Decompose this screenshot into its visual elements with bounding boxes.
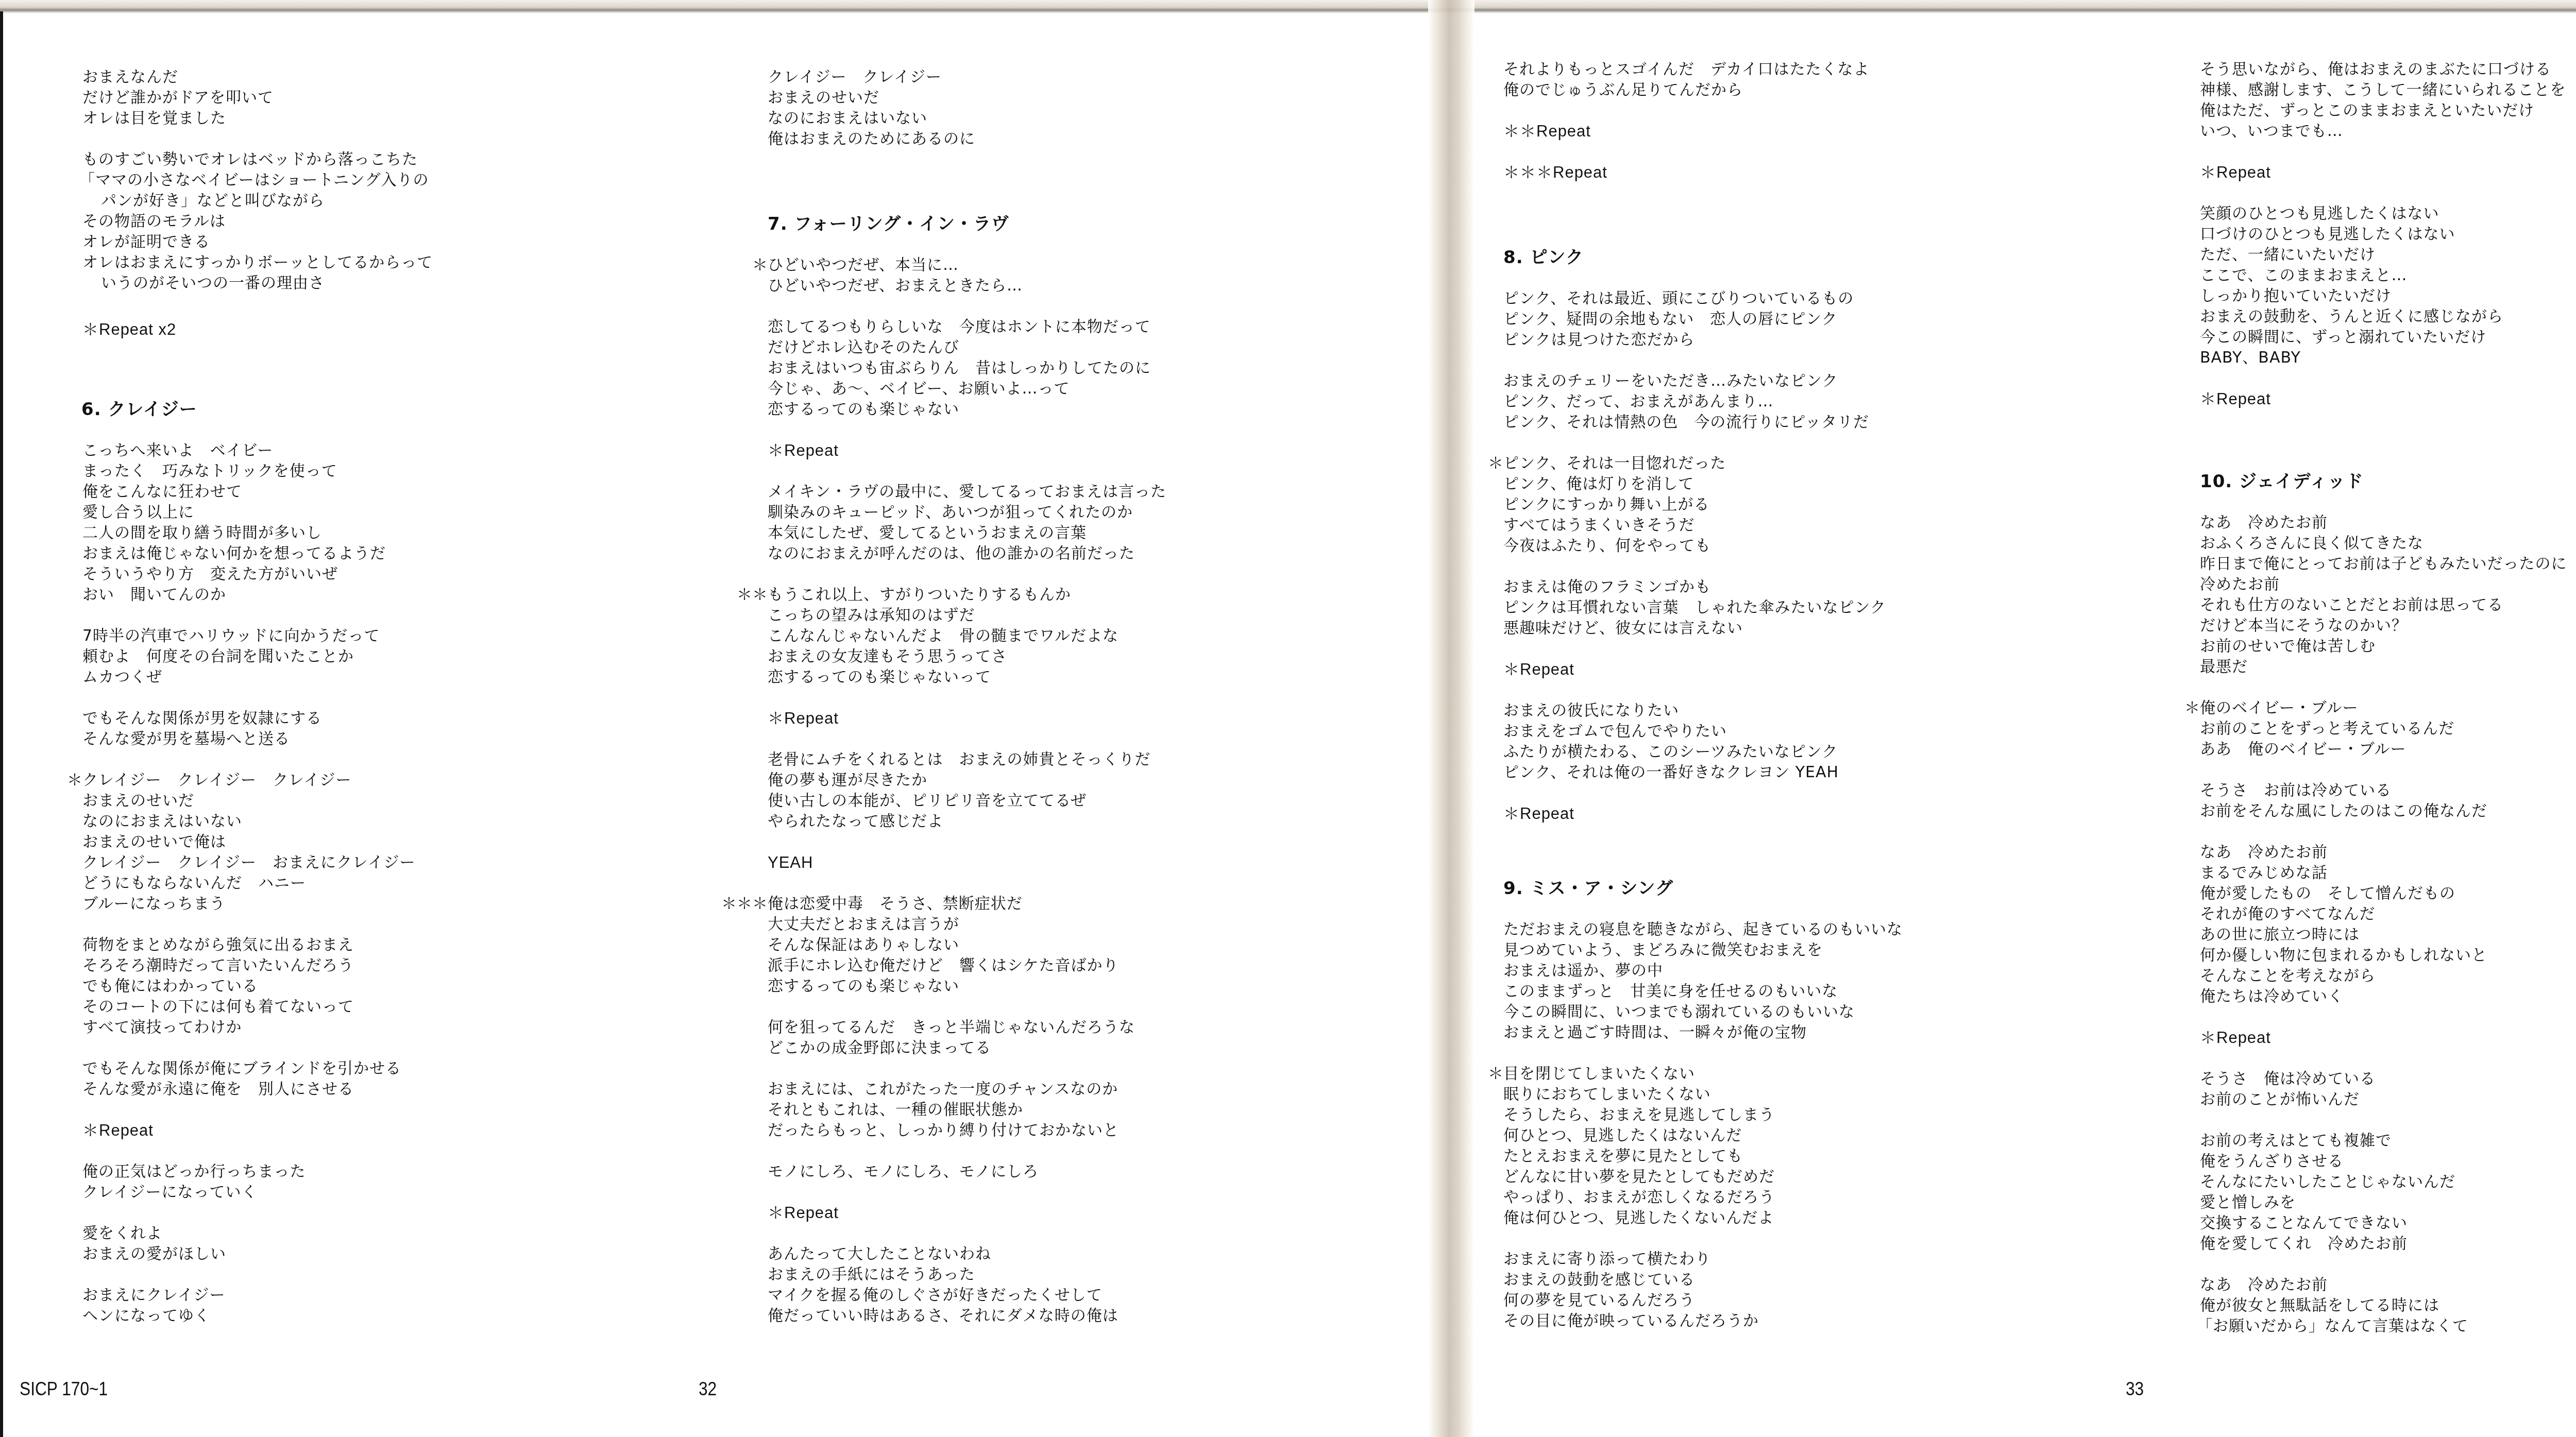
song-title: 8. ピンク xyxy=(1503,247,1584,268)
lyric-line: 「お願いだから」なんて言葉はなくて xyxy=(2197,1316,2468,1337)
lyric-line: 今夜はふたり、何をやっても xyxy=(1503,536,1711,556)
chorus-marker: ＊ xyxy=(1488,453,1503,474)
lyric-line: 俺が愛したもの そして憎んだもの xyxy=(2200,883,2455,904)
lyric-line: 眠りにおちてしまいたくない xyxy=(1503,1084,1711,1105)
lyric-line: おまえの鼓動を感じている xyxy=(1503,1270,1695,1290)
catalog-number-left: SICP 170~1 xyxy=(20,1378,108,1400)
repeat-instruction: ＊＊＊Repeat xyxy=(1503,162,1607,183)
lyric-line: そう思いながら、俺はおまえのまぶたに口づける xyxy=(2200,59,2551,80)
lyric-line: 何か優しい物に包まれるかもしれないと xyxy=(2200,945,2487,966)
page-number-33: 33 xyxy=(2126,1378,2144,1400)
lyric-line: 俺のでじゅうぶん足りてんだから xyxy=(1503,80,1743,100)
lyric-line: ピンク、それは情熱の色 今の流行りにピッタリだ xyxy=(1503,412,1869,433)
lyric-line: それが俺のすべてなんだ xyxy=(2200,904,2375,925)
lyric-line: 俺は何ひとつ、見逃したくないんだよ xyxy=(1503,1208,1774,1228)
lyric-line: お前のことが怖いんだ xyxy=(2200,1089,2360,1110)
lyric-line: ここで、このままおまえと… xyxy=(2200,265,2407,286)
song-title: 9. ミス・ア・シング xyxy=(1503,878,1673,899)
lyric-line: 俺を愛してくれ 冷めたお前 xyxy=(2200,1234,2408,1254)
chorus-marker: ＊ xyxy=(2184,698,2200,718)
lyric-line: 俺をうんざりさせる xyxy=(2200,1151,2344,1172)
lyric-line: 神様、感謝します、こうして一緒にいられることを xyxy=(2200,80,2566,100)
lyric-line: だけど本当にそうなのかい？ xyxy=(2200,615,2408,636)
lyric-line: 何ひとつ、見逃したくはないんだ xyxy=(1503,1125,1742,1146)
repeat-instruction: ＊Repeat xyxy=(1503,659,1574,680)
lyric-line: 俺が彼女と無駄話をしてる時には xyxy=(2200,1295,2439,1316)
lyric-line: そんなことを考えながら xyxy=(2200,966,2376,986)
lyric-line: そんなにたいしたことじゃないんだ xyxy=(2200,1172,2455,1192)
lyric-line: 口づけのひとつも見逃したくはない xyxy=(2200,224,2455,245)
lyric-line: 目を閉じてしまいたくない xyxy=(1503,1064,1695,1084)
lyric-line: おまえの鼓動を、うんと近くに感じながら xyxy=(2200,306,2503,327)
lyric-line: そうさ お前は冷めている xyxy=(2200,780,2392,801)
lyric-line: どんなに甘い夢を見たとしてもだめだ xyxy=(1503,1167,1775,1187)
chorus-marker: ＊ xyxy=(1488,1064,1503,1084)
lyric-line: ピンクは耳慣れない言葉 しゃれた傘みたいなピンク xyxy=(1503,597,1886,618)
lyric-line: その目に俺が映っているんだろうか xyxy=(1503,1311,1759,1331)
lyric-line: ピンクにすっかり舞い上がる xyxy=(1503,494,1710,515)
lyric-line: いつ、いつまでも… xyxy=(2200,121,2343,142)
lyric-line: そうしたら、おまえを見逃してしまう xyxy=(1503,1105,1775,1125)
lyric-line: お前の考えはとても複雑で xyxy=(2200,1131,2392,1151)
repeat-instruction: ＊Repeat xyxy=(2200,162,2271,183)
lyric-line: 俺たちは冷めていく xyxy=(2200,986,2344,1007)
lyric-line: なあ 冷めたお前 xyxy=(2200,1275,2328,1295)
lyric-line: おまえに寄り添って横たわり xyxy=(1503,1249,1711,1270)
booklet-page-33: それよりもっとスゴイんだ デカイ口はたたくなよ俺のでじゅうぶん足りてんだから＊＊… xyxy=(0,0,2576,1437)
lyric-line: ああ 俺のベイビー・ブルー xyxy=(2200,739,2406,760)
lyric-line: たとえおまえを夢に見たとしても xyxy=(1503,1146,1743,1167)
lyric-line: 悪趣味だけど、彼女には言えない xyxy=(1503,618,1743,639)
lyric-line: ピンク、俺は灯りを消して xyxy=(1503,474,1694,494)
lyric-line: 愛と憎しみを xyxy=(2200,1192,2296,1213)
lyric-line: なあ 冷めたお前 xyxy=(2200,842,2328,863)
lyric-line: ピンク、それは俺の一番好きなクレヨン YEAH xyxy=(1503,762,1839,783)
lyric-line: ピンク、疑問の余地もない 恋人の唇にピンク xyxy=(1503,309,1838,330)
lyric-line: あの世に旅立つ時には xyxy=(2200,925,2360,945)
lyric-line: それも仕方のないことだとお前は思ってる xyxy=(2200,595,2503,615)
page-number-32: 32 xyxy=(699,1378,717,1400)
lyric-line: おまえは遥か、夢の中 xyxy=(1503,961,1663,981)
lyric-line: 笑顔のひとつも見逃したくはない xyxy=(2200,203,2439,224)
lyric-line: 最悪だ xyxy=(2200,657,2248,677)
lyric-line: まるでみじめな話 xyxy=(2200,863,2328,883)
lyric-line: BABY、BABY xyxy=(2200,348,2301,368)
lyric-line: ピンクは見つけた恋だから xyxy=(1503,330,1694,350)
lyric-line: ピンク、それは一目惚れだった xyxy=(1503,453,1726,474)
lyric-line: そうさ 俺は冷めている xyxy=(2200,1069,2376,1089)
lyric-line: おまえの彼氏になりたい xyxy=(1503,700,1679,721)
lyric-line: しっかり抱いていたいだけ xyxy=(2200,286,2392,306)
lyric-line: なあ 冷めたお前 xyxy=(2200,512,2328,533)
lyric-line: お前のことをずっと考えているんだ xyxy=(2200,718,2454,739)
lyric-line: ただ、一緒にいたいだけ xyxy=(2200,245,2376,265)
repeat-instruction: ＊Repeat xyxy=(1503,803,1574,824)
lyric-line: このままずっと 甘美に身を任せるのもいいな xyxy=(1503,981,1838,1002)
lyric-line: 今この瞬間に、ずっと溺れていたいだけ xyxy=(2200,327,2486,348)
repeat-instruction: ＊＊Repeat xyxy=(1503,121,1591,142)
lyric-line: 昨日まで俺にとってお前は子どもみたいだったのに xyxy=(2200,554,2567,574)
lyric-line: ただおまえの寝息を聴きながら、起きているのもいいな xyxy=(1503,919,1903,940)
lyric-line: 見つめていよう、まどろみに微笑むおまえを xyxy=(1503,940,1823,961)
lyric-line: 何の夢を見ているんだろう xyxy=(1503,1290,1695,1311)
lyric-line: 交換することなんてできない xyxy=(2200,1213,2408,1234)
lyric-line: 冷めたお前 xyxy=(2200,574,2280,595)
lyric-line: おまえは俺のフラミンゴかも xyxy=(1503,577,1711,597)
lyric-line: 俺のベイビー・ブルー xyxy=(2200,698,2359,718)
lyric-line: ピンク、それは最近、頭にこびりついているもの xyxy=(1503,288,1854,309)
lyric-line: それよりもっとスゴイんだ デカイ口はたたくなよ xyxy=(1503,59,1870,80)
lyric-line: おまえをゴムで包んでやりたい xyxy=(1503,721,1727,742)
repeat-instruction: ＊Repeat xyxy=(2200,1028,2271,1048)
lyric-line: お前をそんな風にしたのはこの俺なんだ xyxy=(2200,801,2487,822)
song-title: 10. ジェイディッド xyxy=(2200,471,2364,492)
lyric-line: 俺はただ、ずっとこのままおまえといたいだけ xyxy=(2200,100,2534,121)
lyric-line: すべてはうまくいきそうだ xyxy=(1503,515,1694,536)
lyric-line: やっぱり、おまえが恋しくなるだろう xyxy=(1503,1187,1775,1208)
lyric-line: おまえと過ごす時間は、一瞬々が俺の宝物 xyxy=(1503,1022,1807,1043)
lyric-line: ふたりが横たわる、このシーツみたいなピンク xyxy=(1503,742,1838,762)
lyric-line: ピンク、だって、おまえがあんまり… xyxy=(1503,391,1774,412)
lyric-line: おふくろさんに良く似てきたな xyxy=(2200,533,2424,554)
lyric-line: お前のせいで俺は苦しむ xyxy=(2200,636,2376,657)
lyric-line: おまえのチェリーをいただき…みたいなピンク xyxy=(1503,371,1838,391)
lyric-line: 今この瞬間に、いつまでも溺れているのもいいな xyxy=(1503,1002,1855,1022)
repeat-instruction: ＊Repeat xyxy=(2200,389,2271,409)
